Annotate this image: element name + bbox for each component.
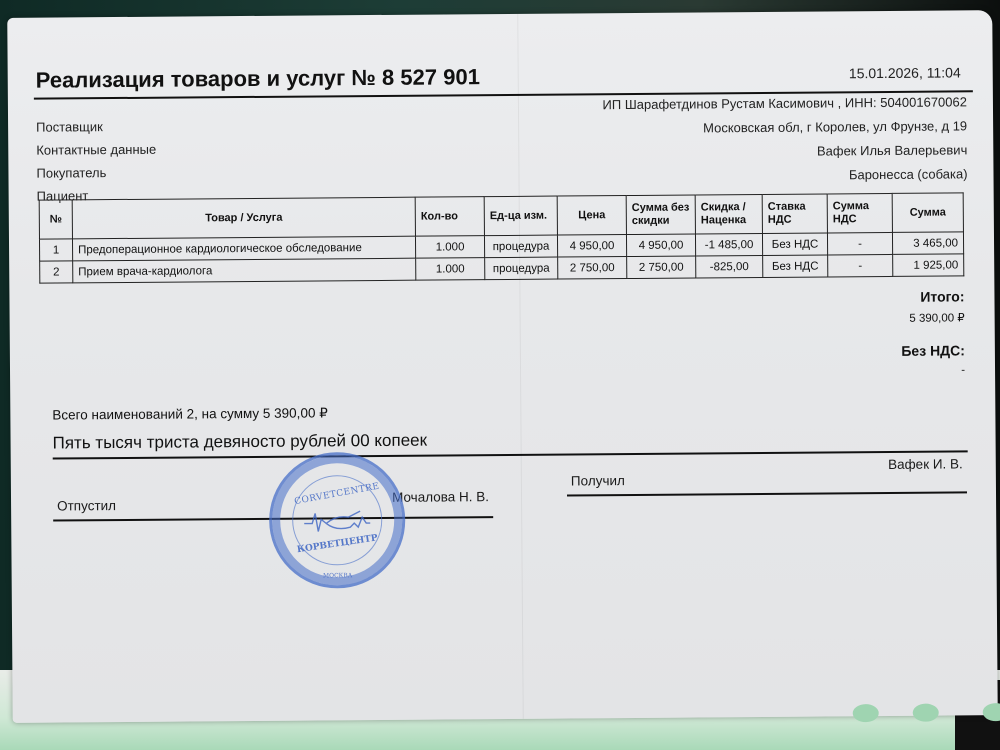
cell-discount: -825,00	[696, 255, 763, 278]
received-name: Вафек И. В.	[888, 456, 963, 472]
cell-vat-sum: -	[828, 254, 893, 277]
col-vat-rate: Ставка НДС	[762, 194, 827, 234]
totals-block: Итого: 5 390,00 ₽ Без НДС: -	[901, 288, 965, 394]
col-sum: Сумма	[892, 193, 963, 233]
clinic-stamp: CORVETCENTRE КОРВЕТЦЕНТР МОСКВА	[269, 452, 406, 589]
vat-value: -	[901, 364, 965, 376]
col-unit: Ед-ца изм.	[484, 196, 557, 236]
col-number: №	[39, 200, 72, 239]
title-row: Реализация товаров и услуг № 8 527 901 1…	[34, 50, 973, 99]
col-item: Товар / Услуга	[72, 197, 415, 239]
cell-discount: -1 485,00	[695, 233, 762, 256]
value-patient: Баронесса (собака)	[603, 166, 968, 193]
cell-sum-no-discount: 2 750,00	[627, 256, 696, 279]
items-table: № Товар / Услуга Кол-во Ед-ца изм. Цена …	[39, 192, 965, 283]
value-contacts: Московская обл, г Королев, ул Фрунзе, д …	[603, 118, 968, 145]
document-title: Реализация товаров и услуг № 8 527 901	[36, 64, 480, 93]
value-supplier: ИП Шарафетдинов Рустам Касимович , ИНН: …	[602, 94, 967, 121]
summary-count: Всего наименований 2, на сумму 5 390,00 …	[52, 405, 328, 423]
cell-sum: 3 465,00	[892, 232, 963, 255]
cell-vat-rate: Без НДС	[763, 255, 828, 278]
stamp-handshake-icon	[302, 505, 372, 536]
cell-item: Прием врача-кардиолога	[73, 258, 416, 283]
cell-unit: процедура	[484, 235, 557, 258]
cell-sum: 1 925,00	[893, 254, 964, 277]
sleeve-holes	[613, 703, 998, 726]
cell-vat-sum: -	[827, 232, 892, 255]
col-price: Цена	[557, 196, 626, 236]
party-values: ИП Шарафетдинов Рустам Касимович , ИНН: …	[602, 94, 967, 193]
cell-qty: 1.000	[415, 236, 484, 259]
col-vat-sum: Сумма НДС	[827, 193, 892, 233]
cell-qty: 1.000	[416, 258, 485, 281]
cell-sum-no-discount: 4 950,00	[626, 234, 695, 257]
col-discount: Скидка / Наценка	[695, 194, 762, 234]
col-qty: Кол-во	[415, 197, 484, 237]
cell-number: 2	[40, 261, 73, 283]
sleeve-hole	[983, 703, 1000, 721]
cell-price: 2 750,00	[558, 257, 627, 280]
label-supplier: Поставщик	[36, 119, 156, 143]
cell-unit: процедура	[485, 257, 558, 280]
party-labels: Поставщик Контактные данные Покупатель П…	[36, 119, 157, 212]
label-buyer: Покупатель	[36, 165, 156, 189]
sleeve-hole	[913, 704, 939, 722]
col-sum-no-discount: Сумма без скидки	[626, 195, 695, 235]
stamp-city-text: МОСКВА	[273, 572, 403, 580]
amount-in-words: Пять тысяч триста девяносто рублей 00 ко…	[53, 431, 428, 454]
received-signature-line: Получил Вафек И. В.	[567, 455, 967, 496]
total-value: 5 390,00 ₽	[901, 310, 965, 324]
cell-item: Предоперационное кардиологическое обслед…	[72, 236, 415, 261]
cell-vat-rate: Без НДС	[762, 233, 827, 256]
released-label: Отпустил	[57, 498, 116, 513]
released-name: Мочалова Н. В.	[392, 489, 489, 505]
cell-price: 4 950,00	[557, 235, 626, 258]
cell-number: 1	[39, 239, 72, 261]
received-label: Получил	[571, 473, 625, 488]
amount-in-words-row: Пять тысяч триста девяносто рублей 00 ко…	[52, 420, 967, 459]
label-contacts: Контактные данные	[36, 142, 156, 166]
vat-label: Без НДС:	[901, 342, 965, 358]
value-buyer: Вафек Илья Валерьевич	[603, 142, 968, 169]
total-label: Итого:	[901, 288, 965, 304]
invoice-sheet: Реализация товаров и услуг № 8 527 901 1…	[7, 10, 998, 723]
sleeve-hole	[853, 704, 879, 722]
document-datetime: 15.01.2026, 11:04	[849, 64, 961, 81]
